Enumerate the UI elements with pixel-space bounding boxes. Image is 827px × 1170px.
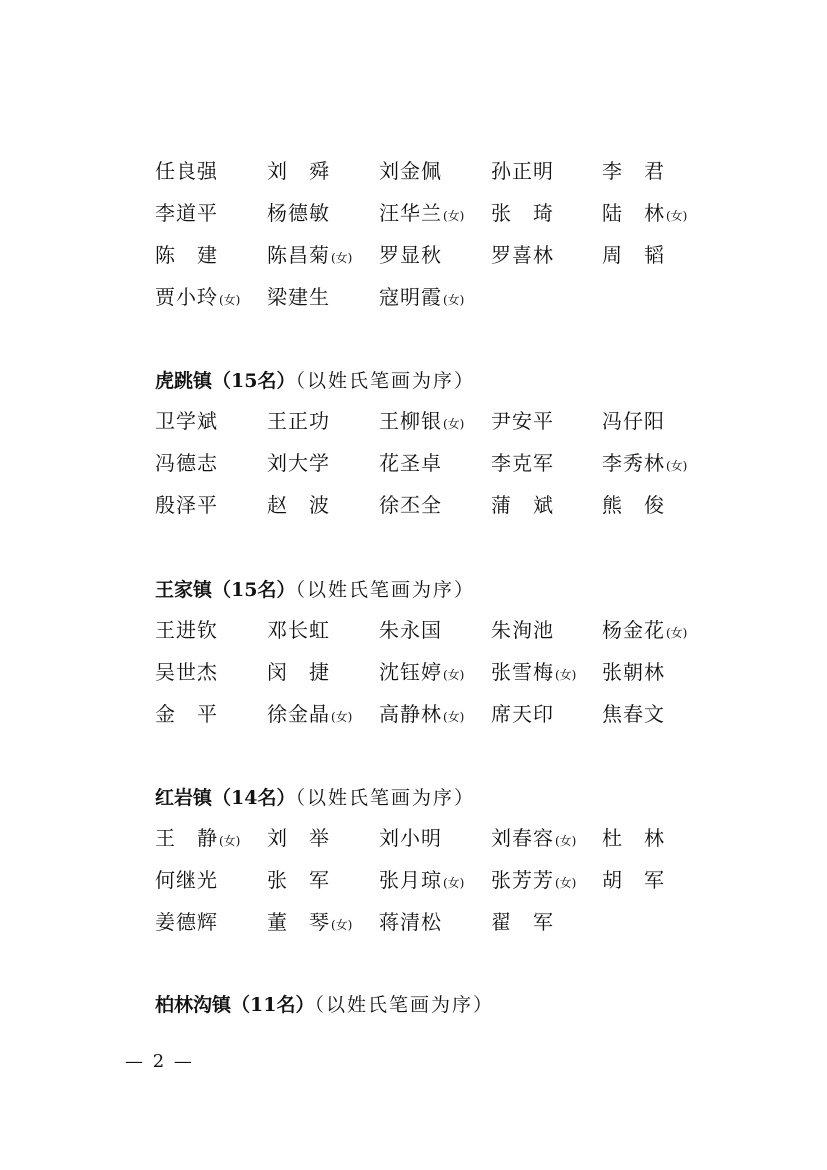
female-marker: (女) — [555, 876, 576, 890]
person-name: 罗显秋 — [379, 242, 442, 268]
person-name: 赵 波 — [267, 492, 330, 518]
person-name: 刘 舜 — [267, 158, 330, 184]
person-name: 朱永国 — [379, 617, 442, 643]
person-name: 王柳银(女) — [379, 408, 464, 437]
person-name: 王 静(女) — [155, 825, 240, 854]
person-name: 徐金晶(女) — [267, 701, 352, 730]
person-name: 李克军 — [491, 450, 554, 476]
person-name: 汪华兰(女) — [379, 200, 464, 229]
person-name: 高静林(女) — [379, 701, 464, 730]
section-title: 红岩镇（14名） — [155, 787, 295, 809]
person-name: 张雪梅(女) — [491, 659, 576, 688]
female-marker: (女) — [666, 626, 687, 640]
person-name: 蒲 斌 — [491, 492, 554, 518]
person-name: 陆 林(女) — [602, 200, 687, 229]
section-sort-note: （以姓氏笔画为序） — [295, 370, 475, 392]
section-heading: 柏林沟镇（11名）（以姓氏笔画为序） — [155, 992, 494, 1018]
section-title: 虎跳镇（15名） — [155, 370, 295, 392]
person-name: 张 琦 — [491, 200, 554, 226]
female-marker: (女) — [443, 876, 464, 890]
section-title: 柏林沟镇（11名） — [155, 994, 314, 1016]
person-name: 花圣卓 — [379, 450, 442, 476]
person-name: 卫学斌 — [155, 408, 218, 434]
section-heading: 红岩镇（14名）（以姓氏笔画为序） — [155, 785, 475, 811]
female-marker: (女) — [443, 417, 464, 431]
person-name: 徐丕全 — [379, 492, 442, 518]
person-name: 焦春文 — [602, 701, 665, 727]
section-sort-note: （以姓氏笔画为序） — [295, 579, 475, 601]
person-name: 金 平 — [155, 701, 218, 727]
person-name: 李秀林(女) — [602, 450, 687, 479]
person-name: 罗喜林 — [491, 242, 554, 268]
section-heading: 虎跳镇（15名）（以姓氏笔画为序） — [155, 368, 475, 394]
person-name: 吴世杰 — [155, 659, 218, 685]
person-name: 陈 建 — [155, 242, 218, 268]
person-name: 席天印 — [491, 701, 554, 727]
person-name: 杜 林 — [602, 825, 665, 851]
female-marker: (女) — [219, 834, 240, 848]
person-name: 邓长虹 — [267, 617, 330, 643]
person-name: 冯仔阳 — [602, 408, 665, 434]
female-marker: (女) — [331, 251, 352, 265]
person-name: 杨金花(女) — [602, 617, 687, 646]
person-name: 杨德敏 — [267, 200, 330, 226]
person-name: 刘大学 — [267, 450, 330, 476]
female-marker: (女) — [331, 710, 352, 724]
person-name: 王正功 — [267, 408, 330, 434]
person-name: 刘金佩 — [379, 158, 442, 184]
section-title: 王家镇（15名） — [155, 579, 295, 601]
female-marker: (女) — [555, 834, 576, 848]
person-name: 胡 军 — [602, 867, 665, 893]
person-name: 刘春容(女) — [491, 825, 576, 854]
person-name: 贾小玲(女) — [155, 284, 240, 313]
person-name: 尹安平 — [491, 408, 554, 434]
person-name: 沈钰婷(女) — [379, 659, 464, 688]
person-name: 何继光 — [155, 867, 218, 893]
person-name: 张芳芳(女) — [491, 867, 576, 896]
person-name: 熊 俊 — [602, 492, 665, 518]
person-name: 寇明霞(女) — [379, 284, 464, 313]
person-name: 梁建生 — [267, 284, 330, 310]
person-name: 张月琼(女) — [379, 867, 464, 896]
section-sort-note: （以姓氏笔画为序） — [295, 787, 475, 809]
female-marker: (女) — [443, 209, 464, 223]
female-marker: (女) — [331, 918, 352, 932]
section-heading: 王家镇（15名）（以姓氏笔画为序） — [155, 577, 475, 603]
person-name: 任良强 — [155, 158, 218, 184]
person-name: 周 韬 — [602, 242, 665, 268]
person-name: 姜德辉 — [155, 909, 218, 935]
female-marker: (女) — [666, 209, 687, 223]
person-name: 刘 举 — [267, 825, 330, 851]
person-name: 李道平 — [155, 200, 218, 226]
female-marker: (女) — [219, 293, 240, 307]
page-number: — 2 — — [125, 1050, 194, 1074]
section-sort-note: （以姓氏笔画为序） — [314, 994, 494, 1016]
person-name: 张朝林 — [602, 659, 665, 685]
female-marker: (女) — [443, 668, 464, 682]
person-name: 董 琴(女) — [267, 909, 352, 938]
document-page: 任良强刘 舜刘金佩孙正明李 君李道平杨德敏汪华兰(女)张 琦陆 林(女)陈 建陈… — [0, 0, 827, 1170]
person-name: 李 君 — [602, 158, 665, 184]
female-marker: (女) — [555, 668, 576, 682]
female-marker: (女) — [666, 459, 687, 473]
person-name: 翟 军 — [491, 909, 554, 935]
female-marker: (女) — [443, 710, 464, 724]
person-name: 冯德志 — [155, 450, 218, 476]
person-name: 王进钦 — [155, 617, 218, 643]
person-name: 陈昌菊(女) — [267, 242, 352, 271]
person-name: 刘小明 — [379, 825, 442, 851]
person-name: 朱洵池 — [491, 617, 554, 643]
female-marker: (女) — [443, 293, 464, 307]
person-name: 蒋清松 — [379, 909, 442, 935]
person-name: 闵 捷 — [267, 659, 330, 685]
person-name: 孙正明 — [491, 158, 554, 184]
person-name: 殷泽平 — [155, 492, 218, 518]
person-name: 张 军 — [267, 867, 330, 893]
